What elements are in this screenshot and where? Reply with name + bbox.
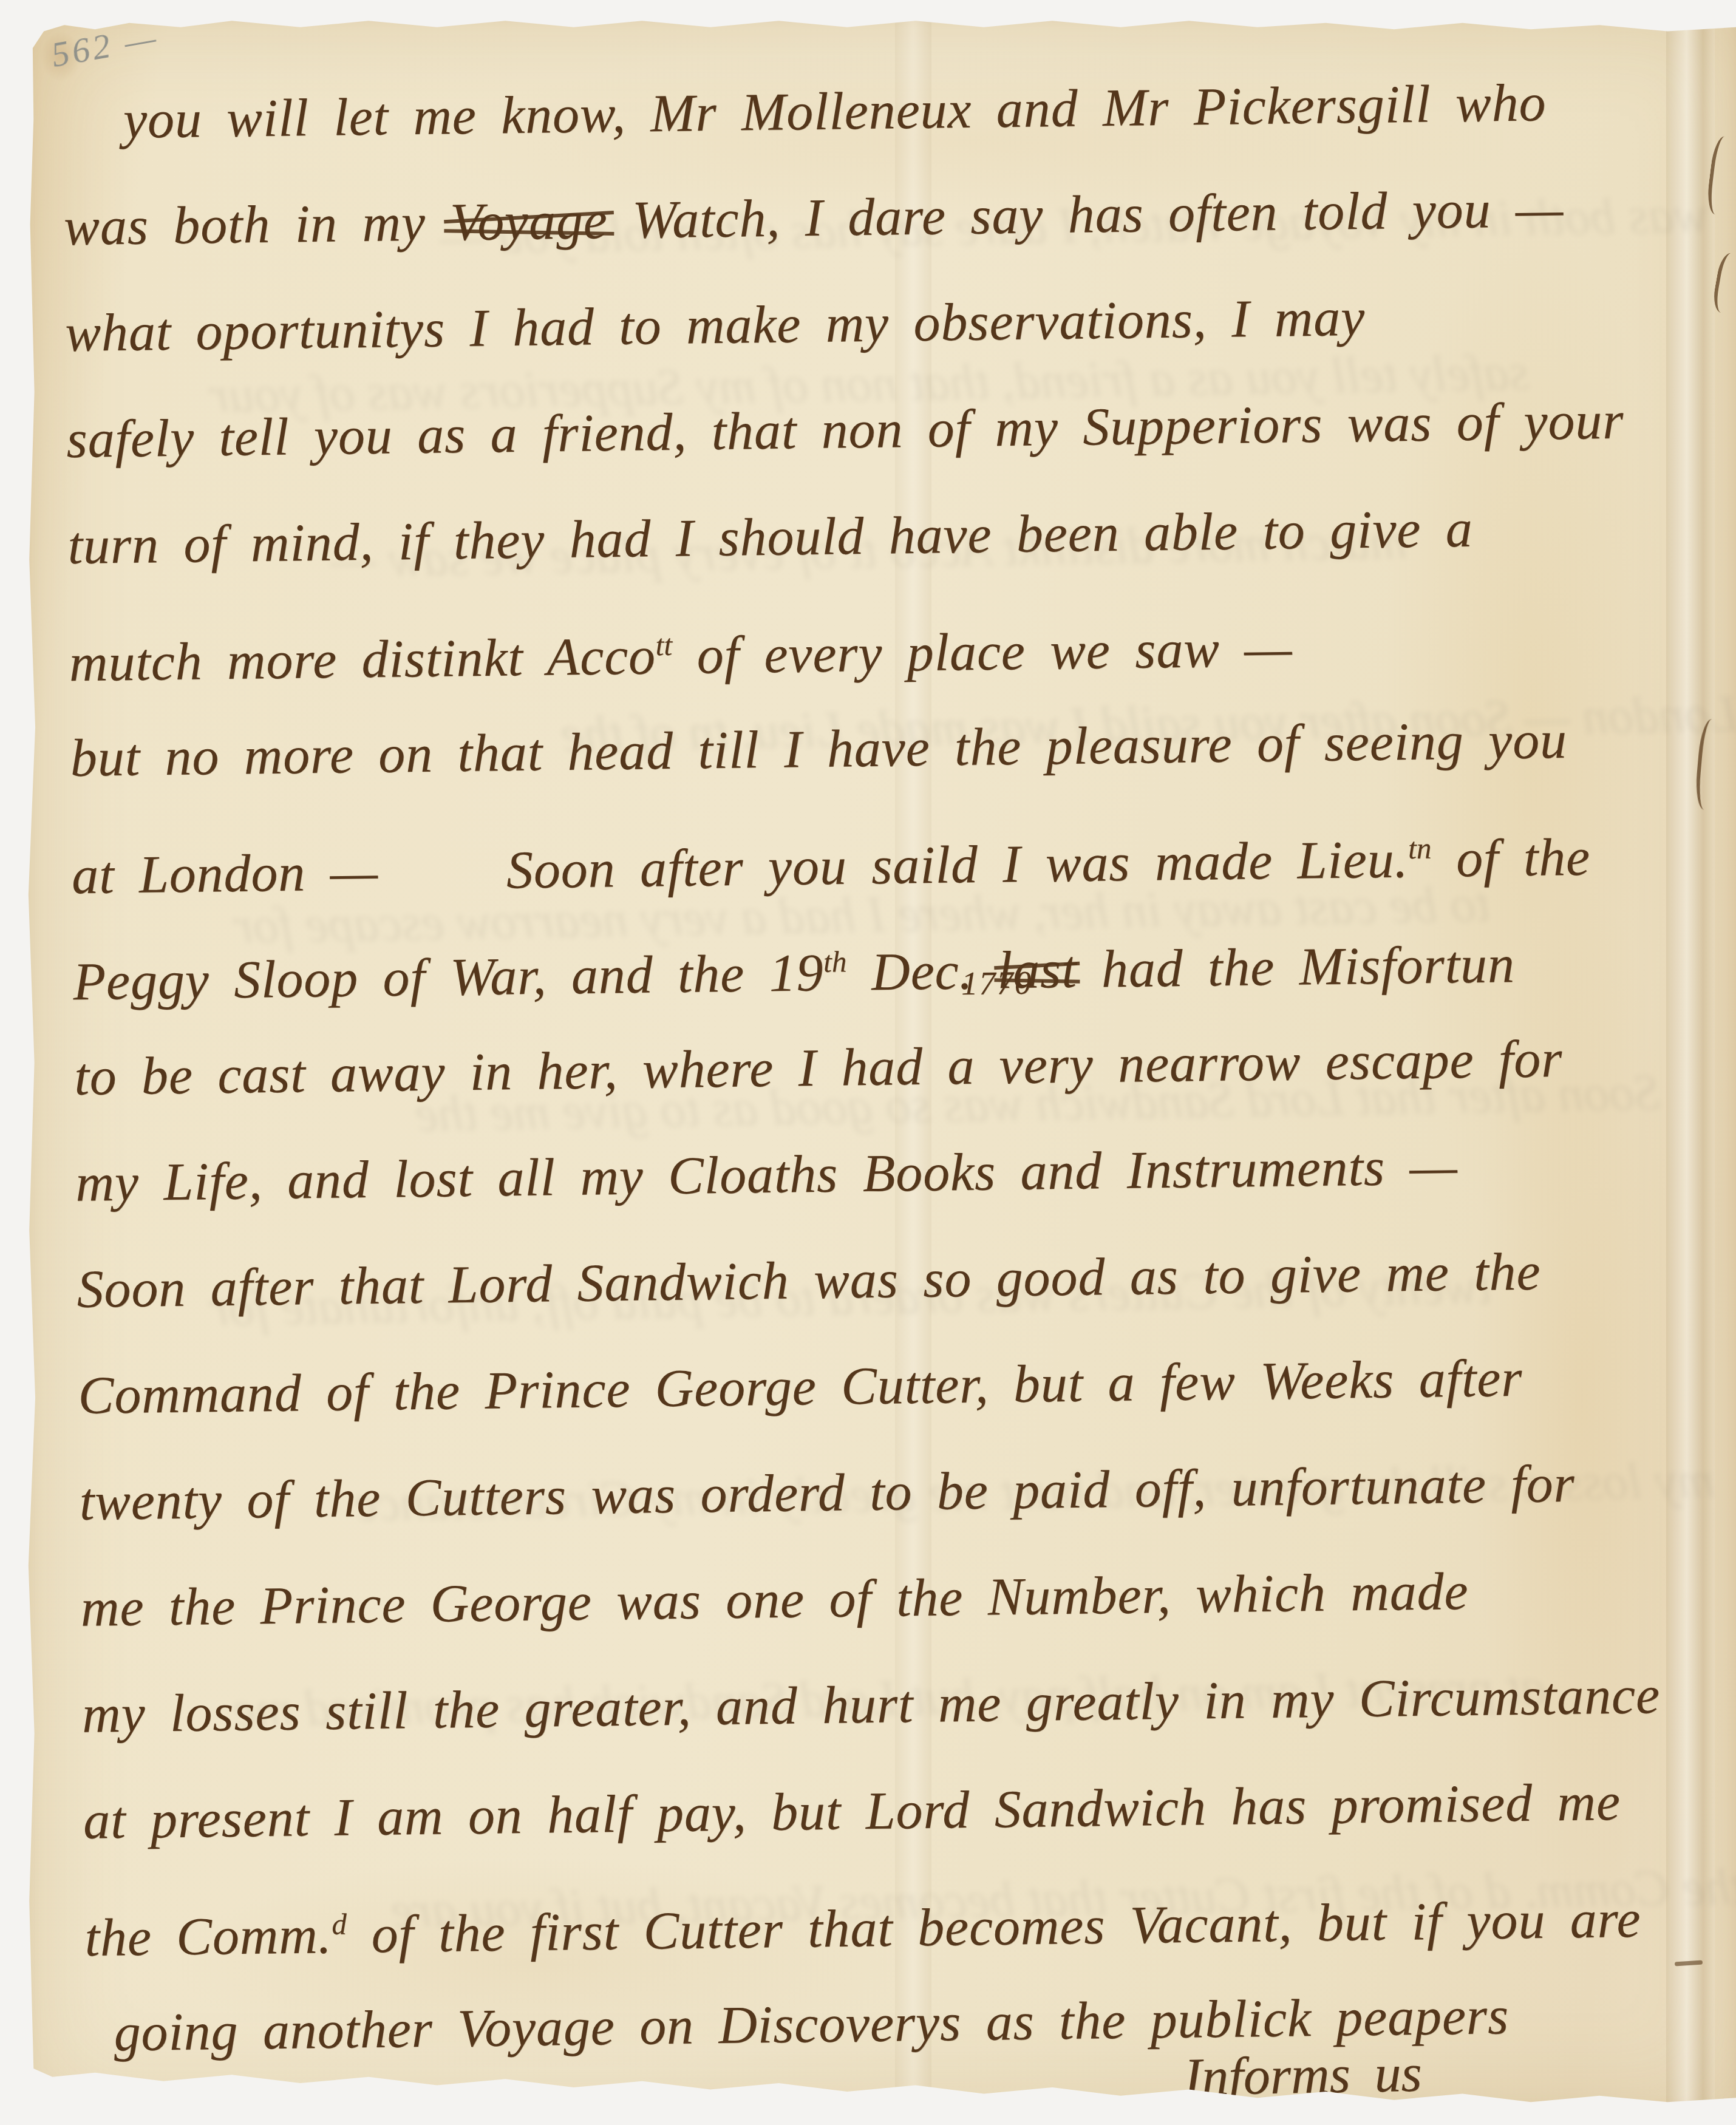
line-text: Soon after that Lord Sandwich was so goo… xyxy=(77,1242,1541,1319)
line-text: mutch more distinkt Acco xyxy=(69,627,656,693)
manuscript-line-13: Command of the Prince George Cutter, but… xyxy=(78,1324,1657,1449)
manuscript-line-9: Peggy Sloop of War, and the 19th Dec. la… xyxy=(72,899,1652,1024)
line-text: was both in my xyxy=(64,193,451,257)
line-text: of the first Cutter that becomes Vacant,… xyxy=(346,1890,1641,1965)
line-text: Command of the Prince George Cutter, but… xyxy=(78,1349,1523,1426)
manuscript-line-8: at London —Soon after you saild I was ma… xyxy=(71,792,1650,918)
letter-body: you will let me know, Mr Molleneux and M… xyxy=(62,49,1664,2087)
scanned-letter-page: { "document": { "folio_number": "562 —",… xyxy=(0,0,1736,2125)
manuscript-line-6: mutch more distinkt Accott of every plac… xyxy=(69,580,1648,705)
interlinear-insertion: 1770 xyxy=(961,967,1033,1001)
line-text: turn of mind, if they had I should have … xyxy=(67,500,1473,576)
manuscript-line-5: turn of mind, if they had I should have … xyxy=(67,474,1647,599)
letter-paper: 562 — you will let me know, Mr Molleneux… xyxy=(27,15,1736,2110)
manuscript-line-12: Soon after that Lord Sandwich was so goo… xyxy=(77,1217,1656,1343)
manuscript-line-16: my losses still the greater, and hurt me… xyxy=(81,1642,1661,1768)
manuscript-line-7: but no more on that head till I have the… xyxy=(70,686,1649,812)
manuscript-line-10: to be cast away in her, where I had a ve… xyxy=(73,1005,1653,1130)
line-text: at London — xyxy=(72,843,379,905)
struck-out-word: Voyage xyxy=(449,168,608,276)
manuscript-line-19: going another Voyage on Discoverys as th… xyxy=(85,1961,1664,2087)
superscript-abbreviation: d xyxy=(332,1908,347,1941)
line-text: Peggy Sloop of War, and the 19 xyxy=(73,943,824,1011)
line-text: but no more on that head till I have the… xyxy=(70,711,1567,788)
line-text: of every place we saw — xyxy=(672,619,1293,685)
line-text: me the Prince George was one of the Numb… xyxy=(80,1562,1468,1638)
manuscript-line-2: was both in my Voyage Watch, I dare say … xyxy=(63,155,1642,280)
manuscript-line-11: my Life, and lost all my Cloaths Books a… xyxy=(75,1111,1654,1237)
line-text: my Life, and lost all my Cloaths Books a… xyxy=(75,1137,1458,1213)
line-text: of the xyxy=(1431,828,1590,889)
line-text: safely tell you as a friend, that non of… xyxy=(66,392,1624,469)
facing-page-ink-mark xyxy=(1694,718,1723,811)
line-text: my losses still the greater, and hurt me… xyxy=(82,1666,1661,1744)
correction-group: last1770 xyxy=(997,917,1078,1024)
blank-gap xyxy=(378,888,506,889)
line-text: the Comm. xyxy=(84,1906,332,1968)
manuscript-line-15: me the Prince George was one of the Numb… xyxy=(80,1536,1659,1662)
manuscript-line-17: at present I am on half pay, but Lord Sa… xyxy=(83,1749,1662,1874)
facing-page-ink-mark xyxy=(1705,135,1735,216)
superscript-abbreviation: tn xyxy=(1408,832,1432,865)
line-text: to be cast away in her, where I had a ve… xyxy=(74,1030,1563,1107)
line-text: had the Misfortun xyxy=(1077,935,1515,999)
facing-page-ink-mark xyxy=(1711,251,1736,314)
manuscript-line-18: the Comm.d of the first Cutter that beco… xyxy=(84,1855,1663,1980)
line-text: at present I am on half pay, but Lord Sa… xyxy=(83,1773,1621,1851)
manuscript-line-3: what oportunitys I had to make my observ… xyxy=(64,261,1644,387)
line-text: twenty of the Cutters was orderd to be p… xyxy=(79,1455,1575,1532)
catchword: Informs us xyxy=(1183,2043,1422,2109)
facing-page-ink-mark xyxy=(1675,1960,1703,1966)
line-text: you will let me know, Mr Molleneux and M… xyxy=(123,73,1546,150)
line-text: Watch, I dare say has often told you — xyxy=(607,180,1564,250)
right-fold-crease xyxy=(1666,15,1715,2110)
line-text: what oportunitys I had to make my observ… xyxy=(65,288,1366,363)
manuscript-line-1: you will let me know, Mr Molleneux and M… xyxy=(62,49,1641,174)
manuscript-line-14: twenty of the Cutters was orderd to be p… xyxy=(79,1430,1658,1555)
line-text: Soon after you saild I was made Lieu. xyxy=(506,830,1409,900)
superscript-abbreviation: tt xyxy=(655,628,672,662)
manuscript-line-4: safely tell you as a friend, that non of… xyxy=(66,367,1645,493)
superscript-abbreviation: th xyxy=(823,945,847,978)
